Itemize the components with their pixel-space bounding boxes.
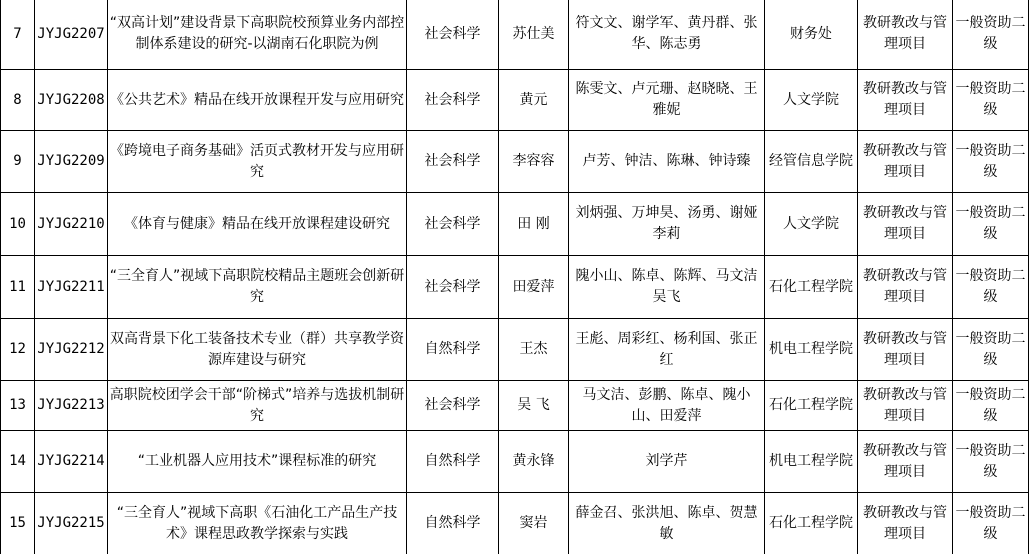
cell-project-type: 教研教改与管理项目: [858, 381, 953, 431]
cell-leader: 王杰: [499, 319, 569, 381]
cell-department: 石化工程学院: [765, 381, 858, 431]
table-row: 13 JYJG2213 高职院校团学会干部“阶梯式”培养与选拔机制研究 社会科学…: [1, 381, 1029, 431]
cell-funding-level: 一般资助二级: [953, 319, 1029, 381]
cell-funding-level: 一般资助二级: [953, 431, 1029, 493]
cell-category: 社会科学: [407, 131, 499, 193]
cell-number: 10: [1, 193, 35, 256]
cell-leader: 田 刚: [499, 193, 569, 256]
cell-project-type: 教研教改与管理项目: [858, 0, 953, 70]
cell-department: 人文学院: [765, 70, 858, 131]
cell-project-type: 教研教改与管理项目: [858, 431, 953, 493]
table-body: 7 JYJG2207 “双高计划”建设背景下高职院校预算业务内部控制体系建设的研…: [1, 0, 1029, 554]
project-table: 7 JYJG2207 “双高计划”建设背景下高职院校预算业务内部控制体系建设的研…: [0, 0, 1029, 554]
cell-department: 机电工程学院: [765, 319, 858, 381]
cell-number: 11: [1, 256, 35, 319]
cell-funding-level: 一般资助二级: [953, 70, 1029, 131]
cell-leader: 窦岩: [499, 493, 569, 554]
cell-department: 石化工程学院: [765, 256, 858, 319]
cell-department: 机电工程学院: [765, 431, 858, 493]
cell-leader: 吴 飞: [499, 381, 569, 431]
cell-project-title: “工业机器人应用技术”课程标准的研究: [108, 431, 407, 493]
cell-funding-level: 一般资助二级: [953, 493, 1029, 554]
cell-number: 15: [1, 493, 35, 554]
cell-leader: 田爱萍: [499, 256, 569, 319]
cell-department: 财务处: [765, 0, 858, 70]
cell-members: 王彪、周彩红、杨利国、张正红: [569, 319, 765, 381]
cell-project-type: 教研教改与管理项目: [858, 493, 953, 554]
cell-number: 7: [1, 0, 35, 70]
cell-category: 自然科学: [407, 319, 499, 381]
cell-number: 8: [1, 70, 35, 131]
cell-number: 13: [1, 381, 35, 431]
cell-project-code: JYJG2213: [35, 381, 108, 431]
table-row: 11 JYJG2211 “三全育人”视域下高职院校精品主题班会创新研究 社会科学…: [1, 256, 1029, 319]
table-row: 9 JYJG2209 《跨境电子商务基础》活页式教材开发与应用研究 社会科学 李…: [1, 131, 1029, 193]
cell-members: 隗小山、陈卓、陈辉、马文洁吴飞: [569, 256, 765, 319]
cell-category: 社会科学: [407, 256, 499, 319]
cell-project-type: 教研教改与管理项目: [858, 70, 953, 131]
cell-project-type: 教研教改与管理项目: [858, 193, 953, 256]
cell-leader: 黄永锋: [499, 431, 569, 493]
cell-funding-level: 一般资助二级: [953, 193, 1029, 256]
cell-category: 自然科学: [407, 493, 499, 554]
table-row: 7 JYJG2207 “双高计划”建设背景下高职院校预算业务内部控制体系建设的研…: [1, 0, 1029, 70]
cell-project-title: “双高计划”建设背景下高职院校预算业务内部控制体系建设的研究-以湖南石化职院为例: [108, 0, 407, 70]
cell-category: 社会科学: [407, 0, 499, 70]
cell-project-type: 教研教改与管理项目: [858, 319, 953, 381]
cell-number: 12: [1, 319, 35, 381]
cell-leader: 苏仕美: [499, 0, 569, 70]
cell-category: 社会科学: [407, 70, 499, 131]
cell-project-code: JYJG2207: [35, 0, 108, 70]
cell-project-title: “三全育人”视域下高职《石油化工产品生产技术》课程思政教学探索与实践: [108, 493, 407, 554]
cell-project-title: 《公共艺术》精品在线开放课程开发与应用研究: [108, 70, 407, 131]
cell-project-type: 教研教改与管理项目: [858, 131, 953, 193]
cell-members: 卢芳、钟洁、陈琳、钟诗臻: [569, 131, 765, 193]
cell-funding-level: 一般资助二级: [953, 381, 1029, 431]
cell-project-code: JYJG2211: [35, 256, 108, 319]
cell-project-code: JYJG2214: [35, 431, 108, 493]
cell-project-code: JYJG2215: [35, 493, 108, 554]
cell-project-title: 双高背景下化工装备技术专业（群）共享教学资源库建设与研究: [108, 319, 407, 381]
cell-category: 社会科学: [407, 381, 499, 431]
table-row: 8 JYJG2208 《公共艺术》精品在线开放课程开发与应用研究 社会科学 黄元…: [1, 70, 1029, 131]
cell-project-title: 《跨境电子商务基础》活页式教材开发与应用研究: [108, 131, 407, 193]
cell-members: 薛金召、张洪旭、陈卓、贺慧敏: [569, 493, 765, 554]
cell-number: 14: [1, 431, 35, 493]
cell-project-title: “三全育人”视域下高职院校精品主题班会创新研究: [108, 256, 407, 319]
cell-funding-level: 一般资助二级: [953, 256, 1029, 319]
cell-project-title: 《体育与健康》精品在线开放课程建设研究: [108, 193, 407, 256]
cell-members: 刘学芹: [569, 431, 765, 493]
table-row: 12 JYJG2212 双高背景下化工装备技术专业（群）共享教学资源库建设与研究…: [1, 319, 1029, 381]
cell-project-code: JYJG2208: [35, 70, 108, 131]
cell-project-code: JYJG2209: [35, 131, 108, 193]
table-row: 15 JYJG2215 “三全育人”视域下高职《石油化工产品生产技术》课程思政教…: [1, 493, 1029, 554]
cell-department: 石化工程学院: [765, 493, 858, 554]
cell-project-code: JYJG2212: [35, 319, 108, 381]
cell-members: 陈雯文、卢元珊、赵晓晓、王雅妮: [569, 70, 765, 131]
cell-members: 刘炳强、万坤昊、汤勇、谢娅李莉: [569, 193, 765, 256]
cell-project-title: 高职院校团学会干部“阶梯式”培养与选拔机制研究: [108, 381, 407, 431]
cell-funding-level: 一般资助二级: [953, 0, 1029, 70]
cell-leader: 黄元: [499, 70, 569, 131]
cell-leader: 李容容: [499, 131, 569, 193]
cell-project-type: 教研教改与管理项目: [858, 256, 953, 319]
table-row: 14 JYJG2214 “工业机器人应用技术”课程标准的研究 自然科学 黄永锋 …: [1, 431, 1029, 493]
table-row: 10 JYJG2210 《体育与健康》精品在线开放课程建设研究 社会科学 田 刚…: [1, 193, 1029, 256]
cell-category: 社会科学: [407, 193, 499, 256]
cell-department: 人文学院: [765, 193, 858, 256]
cell-members: 符文文、谢学军、黄丹群、张华、陈志勇: [569, 0, 765, 70]
cell-department: 经管信息学院: [765, 131, 858, 193]
cell-number: 9: [1, 131, 35, 193]
cell-project-code: JYJG2210: [35, 193, 108, 256]
cell-members: 马文洁、彭鹏、陈卓、隗小山、田爱萍: [569, 381, 765, 431]
cell-funding-level: 一般资助二级: [953, 131, 1029, 193]
cell-category: 自然科学: [407, 431, 499, 493]
